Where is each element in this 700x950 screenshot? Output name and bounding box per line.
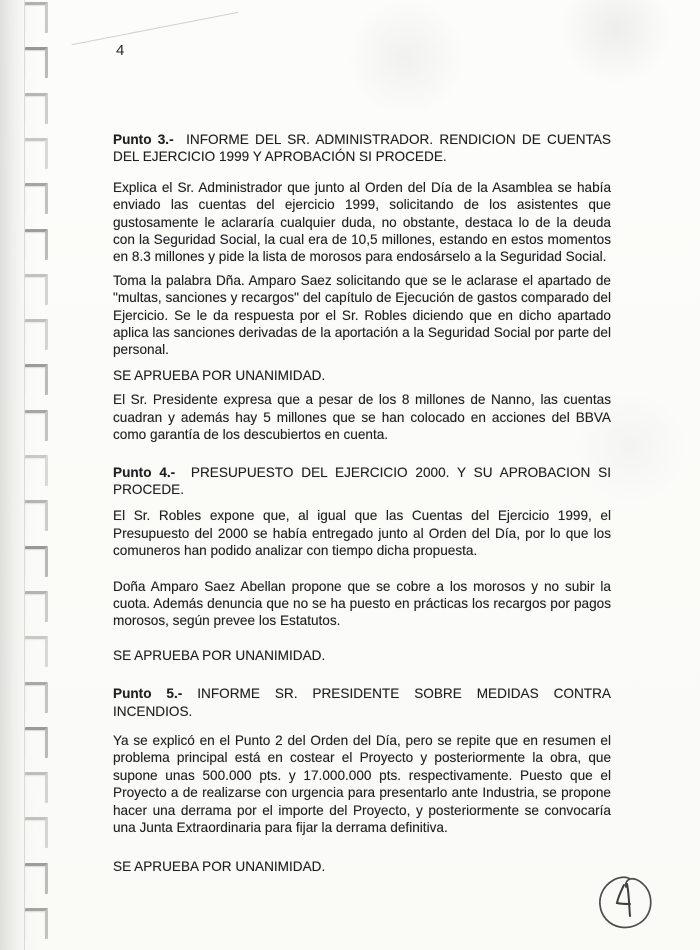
binding-hole-mark: [25, 500, 48, 531]
approval-statement-3: SE APRUEBA POR UNANIMIDAD.: [113, 858, 611, 875]
binding-hole-mark: [25, 364, 48, 395]
binding-hole-mark: [25, 591, 48, 622]
paragraph-punto3-2: Toma la palabra Dña. Amparo Saez solicit…: [113, 272, 611, 359]
binding-hole-mark: [25, 455, 48, 486]
binding-hole-mark: [25, 274, 48, 305]
paragraph-punto3-1: Explica el Sr. Administrador que junto a…: [113, 179, 611, 266]
heading-punto-4-title: PRESUPUESTO DEL EJERCICIO 2000. Y SU APR…: [113, 465, 611, 497]
binding-hole-mark: [25, 636, 48, 667]
heading-punto-3: Punto 3.- INFORME DEL SR. ADMINISTRADOR.…: [113, 131, 611, 166]
heading-punto-5-label: Punto 5.-: [113, 686, 182, 701]
binding-hole-mark: [25, 908, 48, 939]
binding-hole-mark: [25, 2, 48, 33]
handwritten-circled-number-stamp: [578, 862, 678, 947]
binding-hole-mark: [25, 727, 48, 758]
binding-strip: [0, 0, 70, 950]
binding-hole-mark: [25, 772, 48, 803]
heading-punto-4: Punto 4.- PRESUPUESTO DEL EJERCICIO 2000…: [113, 464, 611, 499]
stamp-circle: [600, 877, 651, 927]
binding-hole-mark: [25, 138, 48, 169]
heading-punto-3-label: Punto 3.-: [113, 132, 174, 147]
document-body: Punto 3.- INFORME DEL SR. ADMINISTRADOR.…: [113, 131, 611, 876]
approval-statement-2: SE APRUEBA POR UNANIMIDAD.: [113, 647, 611, 664]
binding-hole-mark: [25, 47, 48, 78]
heading-punto-3-title: INFORME DEL SR. ADMINISTRADOR. RENDICION…: [113, 132, 611, 164]
page-number: 4: [116, 42, 125, 59]
binding-hole-mark: [25, 93, 48, 124]
paragraph-punto4-2: Doña Amparo Saez Abellan propone que se …: [113, 578, 611, 630]
paragraph-punto5-1: Ya se explicó en el Punto 2 del Orden de…: [113, 732, 611, 836]
scanned-page: 4 Punto 3.- INFORME DEL SR. ADMINISTRADO…: [0, 0, 700, 950]
scan-scratch-artifact: [71, 12, 238, 45]
paragraph-punto4-1: El Sr. Robles expone que, al igual que l…: [113, 507, 611, 559]
heading-punto-5: Punto 5.- INFORME SR. PRESIDENTE SOBRE M…: [113, 685, 611, 720]
stamp-digit-stroke-stem: [627, 884, 630, 916]
binding-hole-mark: [25, 863, 48, 894]
binding-hole-mark: [25, 410, 48, 441]
approval-statement-1: SE APRUEBA POR UNANIMIDAD.: [113, 367, 611, 384]
binding-hole-mark: [25, 682, 48, 713]
binding-hole-mark: [25, 183, 48, 214]
binding-hole-mark: [25, 546, 48, 577]
binding-hole-mark: [25, 229, 48, 260]
heading-punto-5-title: INFORME SR. PRESIDENTE SOBRE MEDIDAS CON…: [113, 686, 611, 718]
binding-hole-mark: [25, 319, 48, 350]
binding-hole-mark: [25, 817, 48, 848]
paragraph-punto3-3: El Sr. Presidente expresa que a pesar de…: [113, 391, 611, 443]
heading-punto-4-label: Punto 4.-: [113, 465, 175, 480]
